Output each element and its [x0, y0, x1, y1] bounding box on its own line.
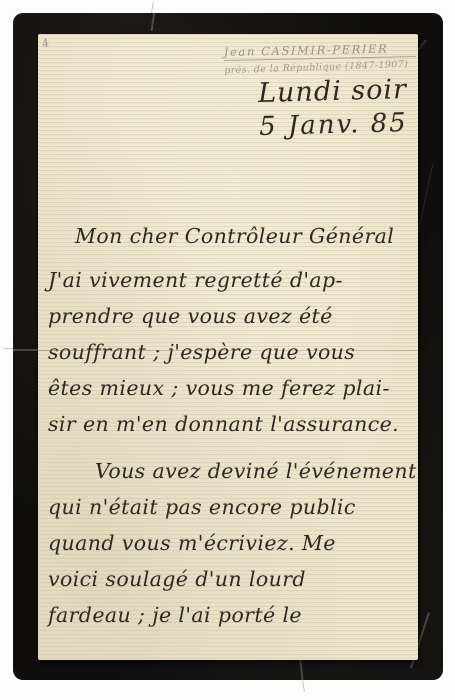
photo-edge-crack-left: [4, 348, 13, 349]
letter-line: prendre que vous avez été: [48, 298, 412, 334]
letter-body: Mon cher Contrôleur Général J'ai vivemen…: [48, 218, 412, 633]
mount-fold-crease: [13, 349, 40, 351]
letter-line: fardeau ; je l'ai porté le: [48, 597, 412, 633]
pencil-annotation: Jean CASIMIR-PERIER prés. de la Républiq…: [224, 41, 417, 75]
dateline-date: 5 Janv. 85: [233, 107, 434, 142]
letter-line: êtes mieux ; vous me ferez plai-: [48, 370, 412, 406]
paper-fold-crease: [38, 350, 418, 351]
letter-line: voici soulagé d'un lourd: [48, 561, 412, 597]
letter-salutation: Mon cher Contrôleur Général: [48, 218, 412, 254]
mount-scratch-right: [418, 164, 434, 233]
paper-corner-pencil-mark: 4: [40, 36, 51, 51]
letter-photograph: 4 Jean CASIMIR-PERIER prés. de la Républ…: [0, 0, 455, 700]
letter-line: J'ai vivement regretté d'ap-: [48, 262, 412, 298]
letter-line: souffrant ; j'espère que vous: [48, 334, 412, 370]
dateline-day: Lundi soir: [232, 73, 433, 109]
photo-edge-crack-bottom: [302, 680, 305, 692]
letter-line: quand vous m'écriviez. Me: [48, 525, 412, 561]
letter-line: qui n'était pas encore public: [48, 489, 412, 525]
black-mount-backdrop: 4 Jean CASIMIR-PERIER prés. de la Républ…: [13, 13, 443, 680]
letter-line: sir en m'en donnant l'assurance.: [48, 406, 412, 442]
letter-page: 4 Jean CASIMIR-PERIER prés. de la Républ…: [38, 34, 418, 660]
annotation-author-name: Jean CASIMIR-PERIER: [224, 41, 416, 61]
letter-dateline: Lundi soir 5 Janv. 85: [232, 73, 434, 142]
letter-line: Vous avez deviné l'événement: [48, 453, 412, 489]
mount-crack-top: [151, 11, 155, 31]
